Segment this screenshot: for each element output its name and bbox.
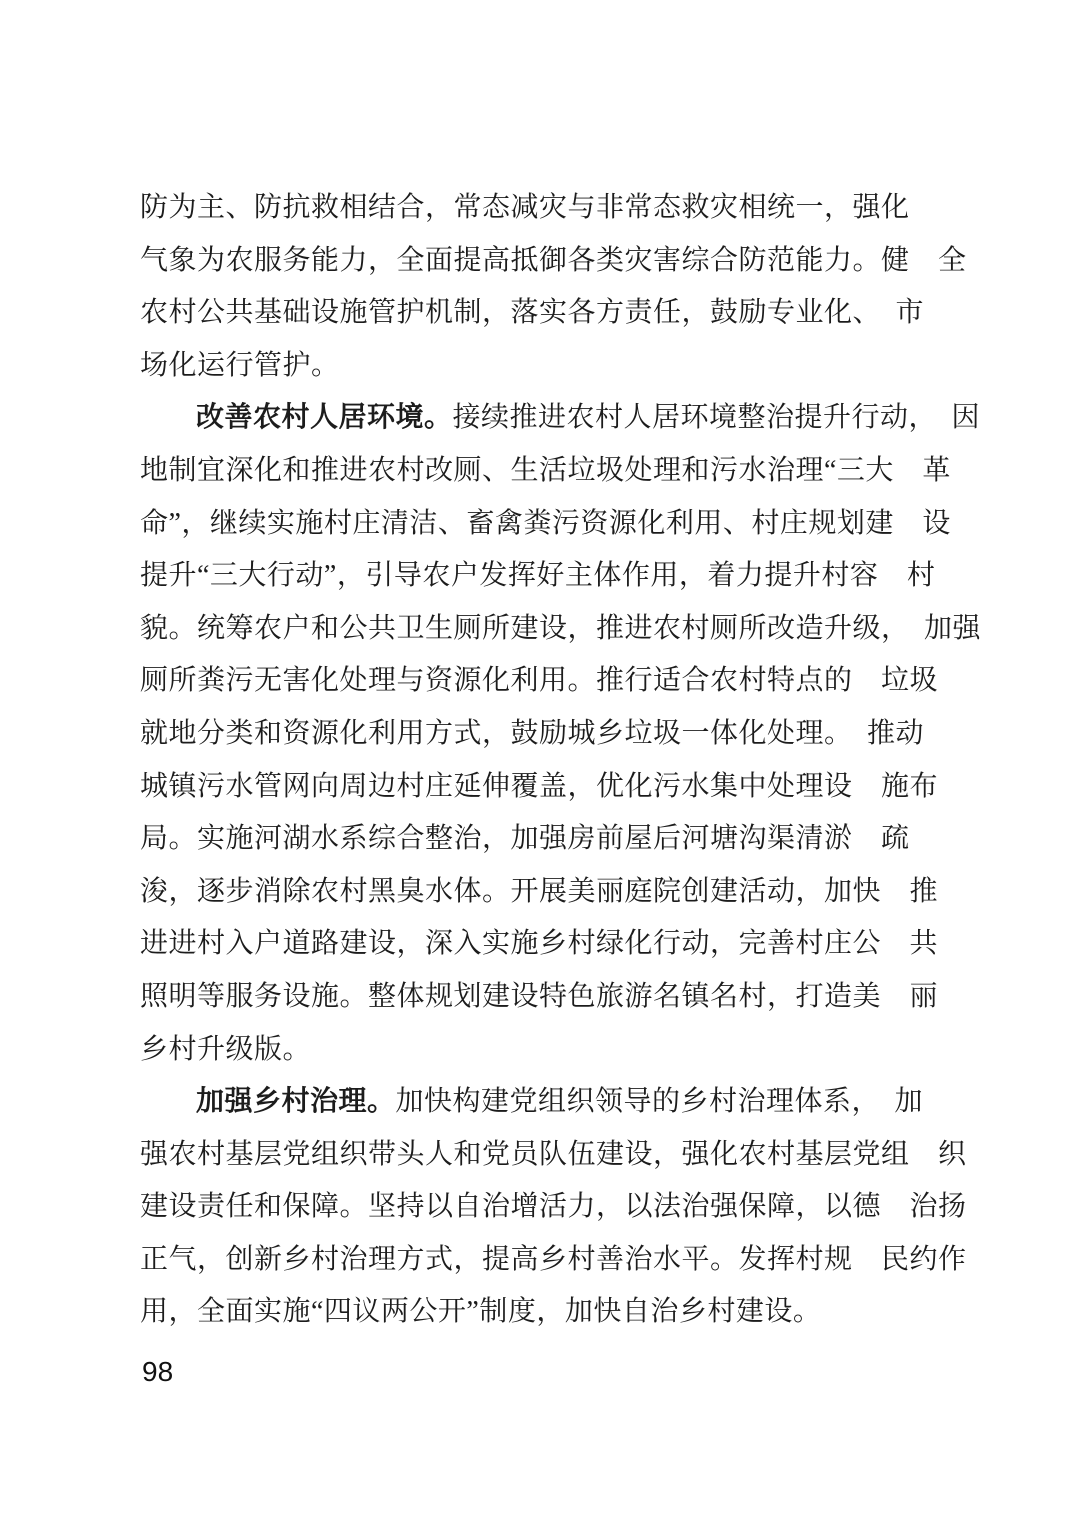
text-line: 浚，逐步消除农村黑臭水体。开展美丽庭院创建活动，加快 推 <box>140 866 952 919</box>
text-line: 气象为农服务能力，全面提高抵御各类灾害综合防范能力。健 全 <box>140 235 952 288</box>
text-line: 强农村基层党组织带头人和党员队伍建设，强化农村基层党组 织 <box>140 1129 952 1182</box>
paragraph-lead: 改善农村人居环境。 <box>196 402 453 433</box>
text-line: 场化运行管护。 <box>140 340 952 393</box>
text-line: 提升“三大行动”，引导农户发挥好主体作用，着力提升村容 村 <box>140 550 952 603</box>
text-line: 改善农村人居环境。接续推进农村人居环境整治提升行动， 因 <box>140 392 952 445</box>
text-line: 厕所粪污无害化处理与资源化利用。推行适合农村特点的 垃圾 <box>140 655 952 708</box>
text-line: 建设责任和保障。坚持以自治增活力，以法治强保障，以德 治扬 <box>140 1181 952 1234</box>
text-line: 乡村升级版。 <box>140 1024 952 1077</box>
document-page: 防为主、防抗救相结合，常态减灾与非常态救灾相统一，强化 气象为农服务能力，全面提… <box>0 0 1080 1527</box>
page-content: 防为主、防抗救相结合，常态减灾与非常态救灾相统一，强化 气象为农服务能力，全面提… <box>140 182 952 1339</box>
text-line: 局。实施河湖水系综合整治，加强房前屋后河塘沟渠清淤 疏 <box>140 813 952 866</box>
page-number: 98 <box>142 1356 173 1388</box>
text-line: 地制宜深化和推进农村改厕、生活垃圾处理和污水治理“三大 革 <box>140 445 952 498</box>
text-line: 照明等服务设施。整体规划建设特色旅游名镇名村，打造美 丽 <box>140 971 952 1024</box>
paragraph-lead: 加强乡村治理。 <box>196 1086 396 1117</box>
text-line: 命”，继续实施村庄清洁、畜禽粪污资源化利用、村庄规划建 设 <box>140 498 952 551</box>
text-line: 农村公共基础设施管护机制，落实各方责任，鼓励专业化、 市 <box>140 287 952 340</box>
text-line: 防为主、防抗救相结合，常态减灾与非常态救灾相统一，强化 <box>140 182 952 235</box>
text-line: 就地分类和资源化利用方式，鼓励城乡垃圾一体化处理。 推动 <box>140 708 952 761</box>
text-line: 加强乡村治理。加快构建党组织领导的乡村治理体系， 加 <box>140 1076 952 1129</box>
text-line: 城镇污水管网向周边村庄延伸覆盖，优化污水集中处理设 施布 <box>140 761 952 814</box>
text-line: 正气，创新乡村治理方式，提高乡村善治水平。发挥村规 民约作 <box>140 1234 952 1287</box>
text-line: 用，全面实施“四议两公开”制度，加快自治乡村建设。 <box>140 1286 952 1339</box>
text-line: 进进村入户道路建设，深入实施乡村绿化行动，完善村庄公 共 <box>140 918 952 971</box>
paragraph-text: 接续推进农村人居环境整治提升行动， 因 <box>453 402 981 433</box>
paragraph-text: 加快构建党组织领导的乡村治理体系， 加 <box>396 1086 924 1117</box>
text-line: 貌。统筹农户和公共卫生厕所建设，推进农村厕所改造升级， 加强 <box>140 603 952 656</box>
